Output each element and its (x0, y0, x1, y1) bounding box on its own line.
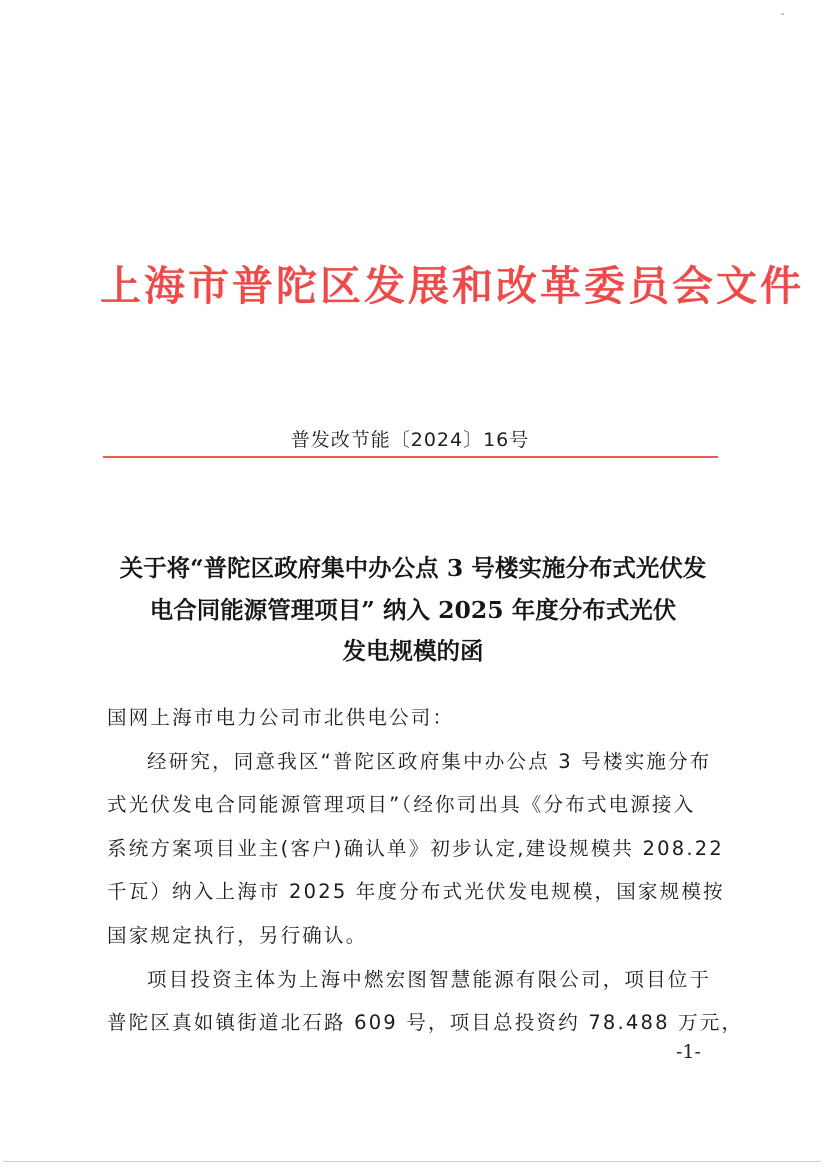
document-number: 普发改节能〔2024〕16号 (102, 426, 718, 454)
issuer-header: 上海市普陀区发展和改革委员会文件 (100, 258, 726, 314)
recipient-line: 国网上海市电力公司市北供电公司： (107, 696, 719, 740)
document-body: 国网上海市电力公司市北供电公司： 经研究，同意我区“普陀区政府集中办公点 3 号… (107, 696, 719, 1045)
body-line: 式光伏发电合同能源管理项目”（经你司出具《分布式电源接入 (107, 783, 719, 827)
scan-artifact (781, 13, 784, 15)
body-line: 经研究，同意我区“普陀区政府集中办公点 3 号楼实施分布 (107, 740, 719, 784)
body-line: 千瓦）纳入上海市 2025 年度分布式光伏发电规模，国家规模按 (107, 870, 719, 914)
page-number: -1- (676, 1038, 726, 1066)
red-divider (103, 456, 718, 458)
document-title: 关于将“普陀区政府集中办公点 3 号楼实施分布式光伏发 电合同能源管理项目” 纳… (96, 548, 730, 673)
body-line: 国家规定执行，另行确认。 (107, 914, 719, 958)
title-line: 关于将“普陀区政府集中办公点 3 号楼实施分布式光伏发 (96, 548, 730, 590)
body-line: 普陀区真如镇街道北石路 609 号，项目总投资约 78.488 万元， (107, 1001, 719, 1045)
title-line: 电合同能源管理项目” 纳入 2025 年度分布式光伏 (96, 590, 730, 632)
title-line: 发电规模的函 (96, 631, 730, 673)
body-line: 系统方案项目业主(客户)确认单》初步认定,建设规模共 208.22 (107, 827, 719, 871)
body-line: 项目投资主体为上海中燃宏图智慧能源有限公司，项目位于 (107, 958, 719, 1002)
document-page: 上海市普陀区发展和改革委员会文件 普发改节能〔2024〕16号 关于将“普陀区政… (0, 0, 826, 1169)
page-bottom-edge (3, 1161, 821, 1162)
